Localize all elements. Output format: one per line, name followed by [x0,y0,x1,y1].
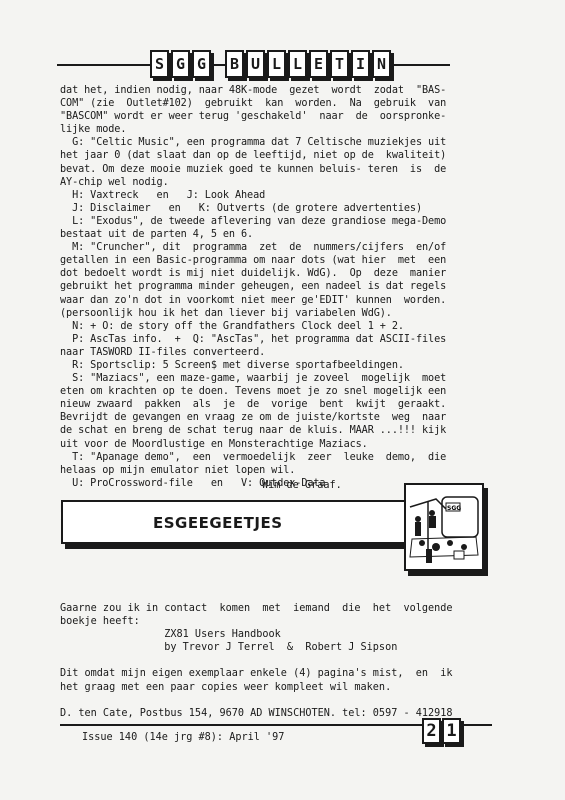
text-line: by Trevor J Terrel & Robert J Sipson [60,641,490,654]
text-line: dot bedoelt wordt is mij niet duidelijk.… [60,267,490,280]
masthead-letter: G [171,50,190,78]
text-line [60,654,490,667]
text-line: uit voor de Moordlustige en Monsterachti… [60,438,490,451]
text-line: gebruikt het programma minder geheugen, … [60,280,490,293]
page-number: 2 1 [422,718,461,744]
text-line: "BASCOM" wordt er weer terug 'geschakeld… [60,110,490,123]
svg-text:SGG: SGG [447,505,461,512]
text-line: Dit omdat mijn eigen exemplaar enkele (4… [60,667,490,680]
page-digit: 2 [422,718,441,744]
masthead-title: S G G B U L L E T I N [150,50,391,78]
text-line: lijke mode. [60,123,490,136]
text-line: J: Disclaimer en K: Outverts (de grotere… [60,202,490,215]
text-line: getallen in een Basic-programma om naar … [60,254,490,267]
text-line: het graag met een paar copies weer kompl… [60,681,490,694]
text-line: boekje heeft: [60,615,490,628]
text-line: H: Vaxtreck en J: Look Ahead [60,189,490,202]
text-line: bestaat uit de parten 4, 5 en 6. [60,228,490,241]
page-footer: Issue 140 (14e jrg #8): April '97 2 1 [60,722,492,752]
masthead-letter: U [246,50,265,78]
masthead-letter: S [150,50,169,78]
text-line: P: AscTas info. + Q: "AscTas", het progr… [60,333,490,346]
market-stall-illustration: SGG [404,483,484,571]
text-line: Bevrijdt de gevangen en vraag ze om de j… [60,411,490,424]
issue-info: Issue 140 (14e jrg #8): April '97 [82,732,284,743]
text-line: (persoonlijk hou ik het dan liever bij v… [60,307,490,320]
masthead-letter: N [372,50,391,78]
masthead-letter: L [288,50,307,78]
masthead-letter: G [192,50,211,78]
text-line: T: "Apanage demo", een vermoedelijk zeer… [60,451,490,464]
text-line: M: "Cruncher", dit programma zet de numm… [60,241,490,254]
text-line: helaas op mijn emulator niet lopen wil. [60,464,490,477]
text-line: naar TASWORD II-files converteerd. [60,346,490,359]
text-line: S: "Maziacs", een maze-game, waarbij je … [60,372,490,385]
text-line: waar dan zo'n dot in voorkomt niet meer … [60,294,490,307]
masthead-letter: B [225,50,244,78]
text-line: R: Sportsclip: 5 Screen$ met diverse spo… [60,359,490,372]
text-line: N: + O: de story off the Grandfathers Cl… [60,320,490,333]
text-line: nieuw zwaard pakken als je de vorige ben… [60,398,490,411]
text-line: COM" (zie Outlet#102) gebruikt kan worde… [60,97,490,110]
text-line: AY-chip wel nodig. [60,176,490,189]
signature: Wim de Graaf. [262,480,342,491]
contact-request: Gaarne zou ik in contact komen met ieman… [60,602,490,720]
section-title: ESGEEGEETJES [153,514,283,532]
text-line: eten om krachten op te doen. Tevens moet… [60,385,490,398]
page-digit: 1 [442,718,461,744]
masthead-letter: I [351,50,370,78]
text-line [60,694,490,707]
masthead-letter: T [330,50,349,78]
section-banner: ESGEEGEETJES [61,500,406,544]
article-body: dat het, indien nodig, naar 48K-mode gez… [60,84,490,529]
masthead-letter: L [267,50,286,78]
text-line: L: "Exodus", de tweede aflevering van de… [60,215,490,228]
text-line: G: "Celtic Music", een programma dat 7 C… [60,136,490,149]
text-line: het jaar 0 (dat slaat dan op de leeftijd… [60,149,490,162]
masthead-letter: E [309,50,328,78]
text-line: bevat. Om deze mooie muziek goed te kunn… [60,163,490,176]
text-line: Gaarne zou ik in contact komen met ieman… [60,602,490,615]
text-line: ZX81 Users Handbook [60,628,490,641]
text-line: de schat en breng de schat terug naar de… [60,424,490,437]
bulletin-masthead: S G G B U L L E T I N [57,50,450,82]
text-line: dat het, indien nodig, naar 48K-mode gez… [60,84,490,97]
